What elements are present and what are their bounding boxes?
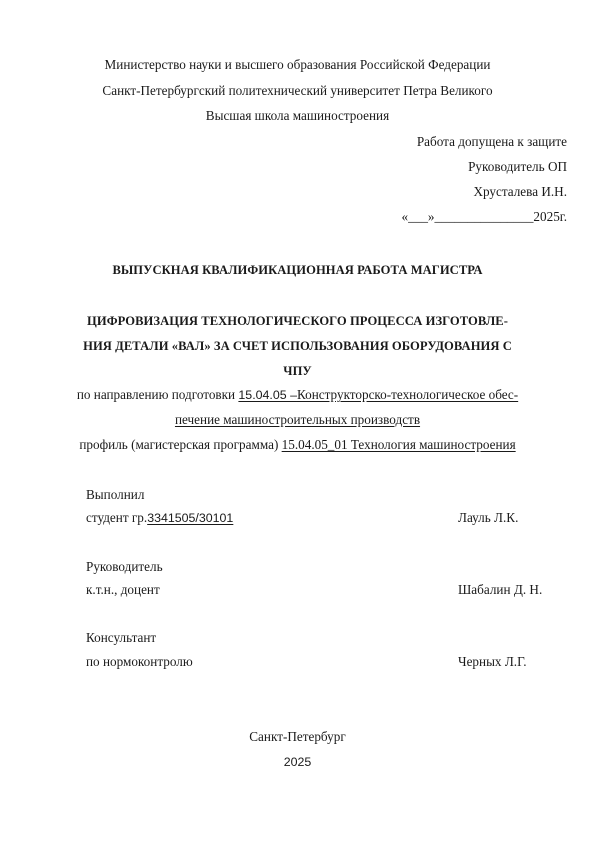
direction-line-1: по направлению подготовки 15.04.05 –Конс… bbox=[0, 387, 595, 403]
direction-name-part-2: печение машиностроительных производств bbox=[175, 412, 420, 427]
date-day-blank: ___ bbox=[408, 209, 428, 224]
student-group-prefix: студент гр. bbox=[86, 510, 147, 525]
direction-name-part-1: Конструкторско-технологическое обес- bbox=[297, 387, 518, 402]
consultant-label: Консультант bbox=[86, 630, 156, 646]
supervisor-name: Шабалин Д. Н. bbox=[458, 582, 542, 598]
consultant-name: Черных Л.Г. bbox=[458, 654, 527, 670]
approval-date: «___»_______________2025г. bbox=[402, 209, 567, 225]
student-group-line: студент гр.3341505/30101 bbox=[86, 510, 233, 526]
consultant-area: по нормоконтролю bbox=[86, 654, 193, 670]
work-type-heading: ВЫПУСКНАЯ КВАЛИФИКАЦИОННАЯ РАБОТА МАГИСТ… bbox=[0, 262, 595, 278]
ministry-line: Министерство науки и высшего образования… bbox=[0, 57, 595, 73]
date-month-blank: _______________ bbox=[435, 209, 534, 224]
performer-label: Выполнил bbox=[86, 487, 144, 503]
approval-role: Руководитель ОП bbox=[468, 159, 567, 175]
thesis-title-line-2: НИЯ ДЕТАЛИ «ВАЛ» ЗА СЧЕТ ИСПОЛЬЗОВАНИЯ О… bbox=[0, 338, 595, 354]
thesis-title-line-3: ЧПУ bbox=[0, 363, 595, 379]
profile-line: профиль (магистерская программа) 15.04.0… bbox=[0, 437, 595, 453]
student-name: Лауль Л.К. bbox=[458, 510, 518, 526]
date-year: 2025г. bbox=[533, 209, 567, 224]
university-line: Санкт-Петербургский политехнический унив… bbox=[0, 83, 595, 99]
supervisor-label: Руководитель bbox=[86, 559, 163, 575]
footer-year: 2025 bbox=[0, 754, 595, 770]
supervisor-degree: к.т.н., доцент bbox=[86, 582, 160, 598]
profile-value: 15.04.05_01 Технология машиностроения bbox=[282, 437, 516, 452]
approval-admitted: Работа допущена к защите bbox=[417, 134, 567, 150]
profile-prefix: профиль (магистерская программа) bbox=[79, 437, 281, 452]
date-close-quote: » bbox=[428, 209, 435, 224]
thesis-title-line-1: ЦИФРОВИЗАЦИЯ ТЕХНОЛОГИЧЕСКОГО ПРОЦЕССА И… bbox=[0, 313, 595, 329]
direction-code: 15.04.05 – bbox=[238, 388, 297, 402]
school-line: Высшая школа машиностроения bbox=[0, 108, 595, 124]
direction-line-2: печение машиностроительных производств bbox=[0, 412, 595, 428]
student-group-number: 3341505/30101 bbox=[147, 511, 233, 525]
footer-city: Санкт-Петербург bbox=[0, 729, 595, 745]
direction-prefix: по направлению подготовки bbox=[77, 387, 239, 402]
approval-name: Хрусталева И.Н. bbox=[473, 184, 567, 200]
